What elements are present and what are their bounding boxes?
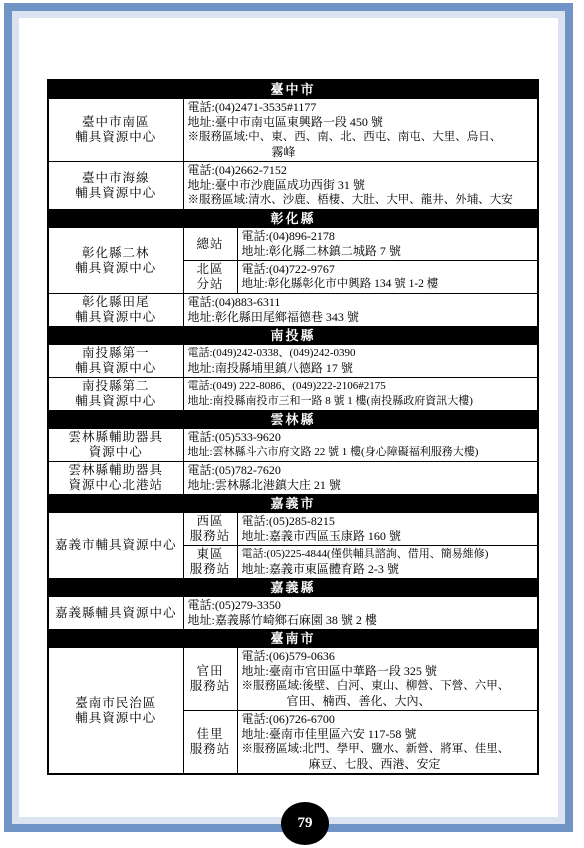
center-name-cell: 彰化縣田尾輔具資源中心 <box>48 294 183 327</box>
detail-cell: 電話:(04)896-2178地址:彰化縣二林鎮二城路 7 號 <box>237 228 538 261</box>
center-name-line: 臺中市海線 <box>51 171 181 186</box>
station-line: 總站 <box>185 237 236 252</box>
detail-cell: 電話:(06)726-6700地址:臺南市佳里區六安 117-58 號※服務區域… <box>237 711 538 775</box>
center-name-line: 雲林縣輔助器具 <box>51 463 181 478</box>
station-line: 分站 <box>185 277 236 292</box>
region-row: 彰化縣 <box>48 210 538 228</box>
station-line: 西區 <box>185 514 236 529</box>
detail-line: 地址:雲林縣斗六市府文路 22 號 1 樓(身心障礙福利服務大樓) <box>188 445 534 460</box>
center-name-line: 輔具資源中心 <box>51 186 181 201</box>
detail-line: 地址:彰化縣彰化市中興路 134 號 1-2 樓 <box>242 277 534 292</box>
table-row: 雲林縣輔助器具資源中心北港站電話:(05)782-7620地址:雲林縣北港鎮大庄… <box>48 462 538 495</box>
detail-line: 地址:彰化縣田尾鄉福德巷 343 號 <box>188 310 534 325</box>
detail-line: 地址:臺南市佳里區六安 117-58 號 <box>242 727 534 742</box>
station-line: 服務站 <box>185 742 236 757</box>
detail-line: 電話:(05)782-7620 <box>188 463 534 478</box>
detail-cell: 電話:(04)722-9767地址:彰化縣彰化市中興路 134 號 1-2 樓 <box>237 261 538 294</box>
region-row: 南投縣 <box>48 327 538 345</box>
center-name-line: 嘉義縣輔具資源中心 <box>51 606 181 621</box>
station-line: 服務站 <box>185 679 236 694</box>
detail-line: 電話:(04)2662-7152 <box>188 163 534 178</box>
detail-line: 地址:彰化縣二林鎮二城路 7 號 <box>242 244 534 259</box>
station-line: 北區 <box>185 262 236 277</box>
region-header: 臺中市 <box>48 80 538 99</box>
center-name-cell: 南投縣第一輔具資源中心 <box>48 345 183 378</box>
detail-cell: 電話:(04)2662-7152地址:臺中市沙鹿區成功西街 31 號※服務區域:… <box>183 162 538 210</box>
table-row: 南投縣第一輔具資源中心電話:(049)242-0338、(049)242-039… <box>48 345 538 378</box>
table-row: 彰化縣田尾輔具資源中心電話:(04)883-6311地址:彰化縣田尾鄉福德巷 3… <box>48 294 538 327</box>
detail-cell: 電話:(05)279-3350地址:嘉義縣竹崎鄉石麻園 38 號 2 樓 <box>183 597 538 630</box>
center-name-line: 輔具資源中心 <box>51 711 181 726</box>
detail-cell: 電話:(05)225-4844(僅供輔具諮詢、借用、簡易維修)地址:嘉義市東區體… <box>237 546 538 579</box>
table-row: 臺中市南區輔具資源中心電話:(04)2471-3535#1177地址:臺中市南屯… <box>48 99 538 162</box>
center-name-line: 臺南市民治區 <box>51 696 181 711</box>
region-header: 嘉義市 <box>48 495 538 513</box>
detail-line: 地址:雲林縣北港鎮大庄 21 號 <box>188 478 534 493</box>
page-number: 79 <box>298 815 313 832</box>
center-name-line: 資源中心北港站 <box>51 478 181 493</box>
detail-line: ※服務區域:北門、學甲、鹽水、新營、將軍、佳里、 <box>242 742 534 757</box>
station-cell: 總站 <box>183 228 237 261</box>
table-row: 南投縣第二輔具資源中心電話:(049) 222-8086、(049)222-21… <box>48 378 538 411</box>
center-name-line: 輔具資源中心 <box>51 261 181 276</box>
region-header: 南投縣 <box>48 327 538 345</box>
center-name-cell: 臺中市南區輔具資源中心 <box>48 99 183 162</box>
detail-cell: 電話:(05)285-8215地址:嘉義市西區玉康路 160 號 <box>237 513 538 546</box>
station-line: 官田 <box>185 664 236 679</box>
center-name-cell: 嘉義市輔具資源中心 <box>48 513 183 579</box>
station-cell: 北區分站 <box>183 261 237 294</box>
detail-line: 霧峰 <box>188 145 534 160</box>
center-name-line: 雲林縣輔助器具 <box>51 430 181 445</box>
detail-line: 電話:(04)896-2178 <box>242 229 534 244</box>
station-line: 服務站 <box>185 562 236 577</box>
detail-cell: 電話:(049)242-0338、(049)242-0390地址:南投縣埔里鎮八… <box>183 345 538 378</box>
region-header: 雲林縣 <box>48 411 538 429</box>
center-name-line: 資源中心 <box>51 445 181 460</box>
center-name-line: 嘉義市輔具資源中心 <box>51 538 181 553</box>
detail-line: 電話:(04)722-9767 <box>242 262 534 277</box>
center-name-cell: 彰化縣二林輔具資源中心 <box>48 228 183 294</box>
page-number-badge: 79 <box>281 802 329 845</box>
detail-line: 地址:臺南市官田區中華路一段 325 號 <box>242 664 534 679</box>
detail-line: 電話:(049)242-0338、(049)242-0390 <box>188 346 534 361</box>
detail-line: 電話:(06)579-0636 <box>242 649 534 664</box>
region-row: 嘉義市 <box>48 495 538 513</box>
detail-line: 電話:(049) 222-8086、(049)222-2106#2175 <box>188 379 534 394</box>
station-cell: 西區服務站 <box>183 513 237 546</box>
station-line: 服務站 <box>185 529 236 544</box>
region-row: 臺南市 <box>48 630 538 648</box>
detail-cell: 電話:(06)579-0636地址:臺南市官田區中華路一段 325 號※服務區域… <box>237 648 538 711</box>
detail-line: ※服務區域:後壁、白河、東山、柳營、下營、六甲、 <box>242 679 534 694</box>
region-header: 彰化縣 <box>48 210 538 228</box>
station-cell: 官田服務站 <box>183 648 237 711</box>
center-name-cell: 臺南市民治區輔具資源中心 <box>48 648 183 775</box>
center-name-line: 輔具資源中心 <box>51 394 181 409</box>
detail-line: 地址:嘉義市西區玉康路 160 號 <box>242 529 534 544</box>
detail-cell: 電話:(04)2471-3535#1177地址:臺中市南屯區東興路一段 450 … <box>183 99 538 162</box>
document-page: { "page": { "number": "79" }, "colors": … <box>0 0 584 848</box>
detail-line: 電話:(06)726-6700 <box>242 712 534 727</box>
detail-line: 地址:臺中市沙鹿區成功西街 31 號 <box>188 178 534 193</box>
detail-line: 官田、楠西、善化、大內、 <box>242 694 534 709</box>
table-row: 彰化縣二林輔具資源中心總站電話:(04)896-2178地址:彰化縣二林鎮二城路… <box>48 228 538 261</box>
region-header: 嘉義縣 <box>48 579 538 597</box>
resource-centers-table: 臺中市臺中市南區輔具資源中心電話:(04)2471-3535#1177地址:臺中… <box>47 79 539 775</box>
region-header: 臺南市 <box>48 630 538 648</box>
table-row: 嘉義市輔具資源中心西區服務站電話:(05)285-8215地址:嘉義市西區玉康路… <box>48 513 538 546</box>
center-name-line: 臺中市南區 <box>51 115 181 130</box>
station-line: 佳里 <box>185 727 236 742</box>
center-name-line: 彰化縣二林 <box>51 246 181 261</box>
center-name-line: 彰化縣田尾 <box>51 295 181 310</box>
table-row: 臺中市海線輔具資源中心電話:(04)2662-7152地址:臺中市沙鹿區成功西街… <box>48 162 538 210</box>
detail-cell: 電話:(04)883-6311地址:彰化縣田尾鄉福德巷 343 號 <box>183 294 538 327</box>
detail-cell: 電話:(05)533-9620地址:雲林縣斗六市府文路 22 號 1 樓(身心障… <box>183 429 538 462</box>
detail-cell: 電話:(049) 222-8086、(049)222-2106#2175地址:南… <box>183 378 538 411</box>
detail-line: 電話:(05)225-4844(僅供輔具諮詢、借用、簡易維修) <box>242 547 534 562</box>
center-name-cell: 臺中市海線輔具資源中心 <box>48 162 183 210</box>
table-row: 雲林縣輔助器具資源中心電話:(05)533-9620地址:雲林縣斗六市府文路 2… <box>48 429 538 462</box>
center-name-cell: 雲林縣輔助器具資源中心 <box>48 429 183 462</box>
region-row: 嘉義縣 <box>48 579 538 597</box>
detail-line: 地址:南投縣南投市三和一路 8 號 1 樓(南投縣政府資訊大樓) <box>188 394 534 409</box>
center-name-cell: 雲林縣輔助器具資源中心北港站 <box>48 462 183 495</box>
resource-centers-table-body: 臺中市臺中市南區輔具資源中心電話:(04)2471-3535#1177地址:臺中… <box>48 80 538 774</box>
detail-line: 電話:(04)883-6311 <box>188 295 534 310</box>
center-name-line: 輔具資源中心 <box>51 361 181 376</box>
detail-line: 地址:嘉義縣竹崎鄉石麻園 38 號 2 樓 <box>188 613 534 628</box>
detail-line: 地址:嘉義市東區體育路 2-3 號 <box>242 562 534 577</box>
region-row: 臺中市 <box>48 80 538 99</box>
detail-line: 電話:(04)2471-3535#1177 <box>188 100 534 115</box>
detail-line: 麻豆、七股、西港、安定 <box>242 757 534 772</box>
center-name-line: 南投縣第二 <box>51 379 181 394</box>
center-name-cell: 南投縣第二輔具資源中心 <box>48 378 183 411</box>
table-row: 臺南市民治區輔具資源中心官田服務站電話:(06)579-0636地址:臺南市官田… <box>48 648 538 711</box>
detail-line: 地址:臺中市南屯區東興路一段 450 號 <box>188 115 534 130</box>
station-cell: 東區服務站 <box>183 546 237 579</box>
center-name-line: 輔具資源中心 <box>51 310 181 325</box>
center-name-line: 輔具資源中心 <box>51 130 181 145</box>
detail-line: 電話:(05)285-8215 <box>242 514 534 529</box>
detail-cell: 電話:(05)782-7620地址:雲林縣北港鎮大庄 21 號 <box>183 462 538 495</box>
detail-line: ※服務區域:清水、沙鹿、梧棲、大肚、大甲、龍井、外埔、大安 <box>188 193 534 208</box>
detail-line: ※服務區域:中、東、西、南、北、西屯、南屯、大里、烏日、 <box>188 130 534 145</box>
center-name-cell: 嘉義縣輔具資源中心 <box>48 597 183 630</box>
region-row: 雲林縣 <box>48 411 538 429</box>
detail-line: 電話:(05)533-9620 <box>188 430 534 445</box>
table-row: 嘉義縣輔具資源中心電話:(05)279-3350地址:嘉義縣竹崎鄉石麻園 38 … <box>48 597 538 630</box>
station-line: 東區 <box>185 547 236 562</box>
detail-line: 電話:(05)279-3350 <box>188 598 534 613</box>
center-name-line: 南投縣第一 <box>51 346 181 361</box>
detail-line: 地址:南投縣埔里鎮八德路 17 號 <box>188 361 534 376</box>
station-cell: 佳里服務站 <box>183 711 237 775</box>
